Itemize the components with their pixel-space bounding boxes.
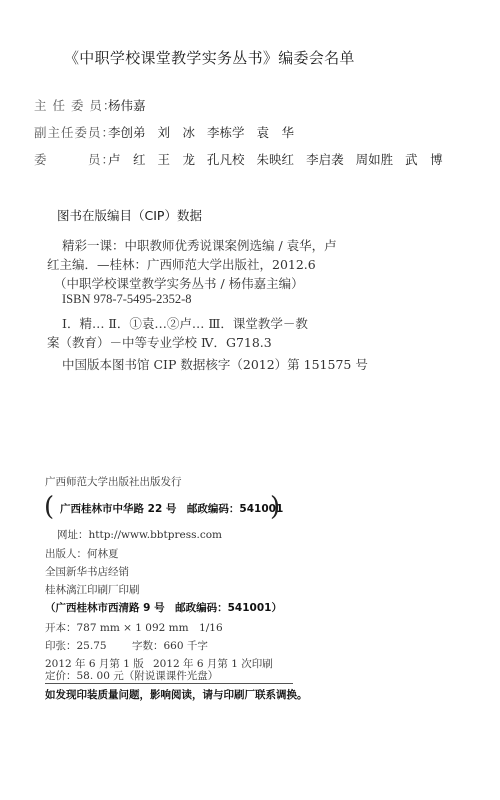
committee-row-members: 委 员：卢 红王 龙孔凡校朱映红李启袭周如胜武 博	[34, 150, 455, 168]
committee-row-chair: 主 任 委 员：杨伟嘉	[34, 96, 158, 114]
committee-name: 李创弟	[108, 125, 146, 140]
committee-label: 主 任 委 员：	[34, 96, 108, 114]
distributor: 全国新华书店经销	[45, 564, 129, 579]
committee-name: 周如胜	[356, 152, 394, 167]
cip-classification: Ⅰ．精… Ⅱ．①袁…②卢… Ⅲ．课堂教学－教	[62, 314, 308, 332]
committee-name: 朱映红	[257, 152, 295, 167]
print-sheets: 印张：25.75	[45, 638, 107, 653]
committee-name: 孔凡校	[207, 152, 245, 167]
committee-name: 李启袭	[306, 152, 344, 167]
page-title: 《中职学校课堂教学实务丛书》编委会名单	[64, 47, 355, 68]
word-count: 字数：660 千字	[132, 638, 208, 653]
right-paren: )	[270, 492, 280, 522]
cip-line: 精彩一课：中职教师优秀说课案例选编 / 袁华，卢	[62, 236, 337, 254]
committee-name: 卢 红	[108, 152, 146, 167]
website: 网址：http://www.bbtpress.com	[57, 527, 222, 542]
publisher-name: 广西师范大学出版社出版发行	[45, 474, 182, 489]
cip-line: 红主编．—桂林：广西师范大学出版社，2012.6	[47, 255, 316, 273]
book-format: 开本：787 mm × 1 092 mm 1/16	[45, 620, 223, 635]
committee-name: 王 龙	[158, 152, 196, 167]
publisher-person: 出版人：何林夏	[45, 546, 119, 561]
cip-classification: 案（教育）－中等专业学校 Ⅳ．G718.3	[47, 333, 272, 351]
printer-address: （广西桂林市西清路 9 号 邮政编码：541001）	[45, 600, 282, 615]
committee-name: 袁 华	[257, 125, 295, 140]
quality-notice: 如发现印装质量问题，影响阅读，请与印刷厂联系调换。	[45, 687, 308, 702]
isbn: ISBN 978-7-5495-2352-8	[62, 292, 192, 307]
cip-line: （中职学校课堂教学实务丛书 / 杨伟嘉主编）	[54, 274, 304, 292]
printer: 桂林漓江印刷厂印刷	[45, 582, 140, 597]
price: 定价：58. 00 元（附说课课件光盘）	[45, 668, 218, 683]
committee-name: 武 博	[405, 152, 443, 167]
left-paren: (	[44, 492, 54, 522]
cip-heading: 图书在版编目（CIP）数据	[57, 206, 202, 224]
cip-record: 中国版本图书馆 CIP 数据核字（2012）第 151575 号	[62, 355, 368, 373]
committee-label: 副主任委员：	[34, 123, 108, 141]
committee-row-vice-chair: 副主任委员：李创弟刘 冰李栋学袁 华	[34, 123, 306, 141]
publisher-address: 广西桂林市中华路 22 号 邮政编码：541001	[60, 501, 283, 516]
committee-name: 杨伟嘉	[108, 98, 146, 113]
committee-name: 刘 冰	[158, 125, 196, 140]
committee-label: 委 员：	[34, 150, 108, 168]
committee-name: 李栋学	[207, 125, 245, 140]
divider	[45, 683, 293, 684]
